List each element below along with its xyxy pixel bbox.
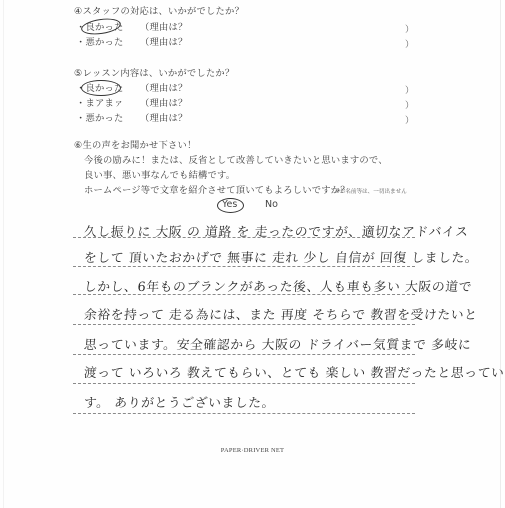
handwritten-line: しかし、6年ものブランクがあった後、人も車も多い 大阪の道で [83,276,472,295]
handwritten-line: 渡って いろいろ 教えてもらい、とても 楽しい 教習だったと思っていま [83,362,505,381]
survey-page: ④スタッフの対応は、いかがでしたか？ ・良かった （理由は？ ） ・悪かった （… [0,0,505,508]
q6-instruction-line: 良い事、悪い事なんでも結構です。 [84,170,235,181]
q4-title: ④スタッフの対応は、いかがでしたか？ [74,6,244,17]
q5-title: ⑤レッスン内容は、いかがでしたか？ [74,68,234,79]
q5-option-bad-close: ） [405,113,414,126]
q4-option-bad-close: ） [405,37,414,50]
q5-option-bad-reason: （理由は？ [140,113,188,124]
dashed-rule [73,324,415,325]
handwritten-line: をして 頂いたおかげで 無事に 走れ 少し 自信が 回復 しました。 [83,247,479,266]
q5-option-good-close: ） [405,83,414,96]
dashed-rule [73,237,415,238]
dashed-rule [73,294,415,295]
q4-option-bad[interactable]: ・悪かった [76,37,124,48]
q4-option-good-reason: （理由は？ [140,22,188,33]
no-option[interactable]: No [265,199,278,210]
q5-option-so-so[interactable]: ・まアまァ [76,98,123,109]
q6-privacy-note: ※お名前等は、一切出ません [335,187,407,195]
dashed-rule [73,266,415,267]
selected-circle-mark [80,16,122,36]
q5-option-bad[interactable]: ・悪かった [76,113,124,124]
selected-circle-mark [217,198,244,213]
dashed-rule [73,383,415,384]
q4-option-good-close: ） [405,22,414,35]
scan-edge-right [500,0,501,508]
selected-circle-mark [81,80,121,96]
q6-permission-question: ホームページ等で文章を紹介させて頂いてもよろしいですか？ [84,185,350,196]
dashed-rule [73,354,415,355]
handwritten-line: す。 ありがとうございました。 [83,392,276,411]
scan-edge-left [3,0,4,508]
q4-option-bad-reason: （理由は？ [140,37,188,48]
q5-option-so-so-close: ） [405,98,414,111]
footer-brand: PAPER·DRIVER NET [0,447,505,454]
q6-instruction-line: 今後の励みに！または、反省として改善していきたいと思いますので、 [84,155,388,166]
q5-option-so-so-reason: （理由は？ [140,98,188,109]
handwritten-line: 思っています。安全確認から 大阪の ドライバー気質まで 多岐に [83,334,472,353]
q5-option-good-reason: （理由は？ [140,83,188,94]
handwritten-line: 余裕を持って 走る為には、また 再度 そちらで 教習を受けたいと [83,304,478,323]
q6-title: ⑥生の声をお聞かせ下さい！ [74,140,197,151]
dashed-rule [73,413,415,414]
